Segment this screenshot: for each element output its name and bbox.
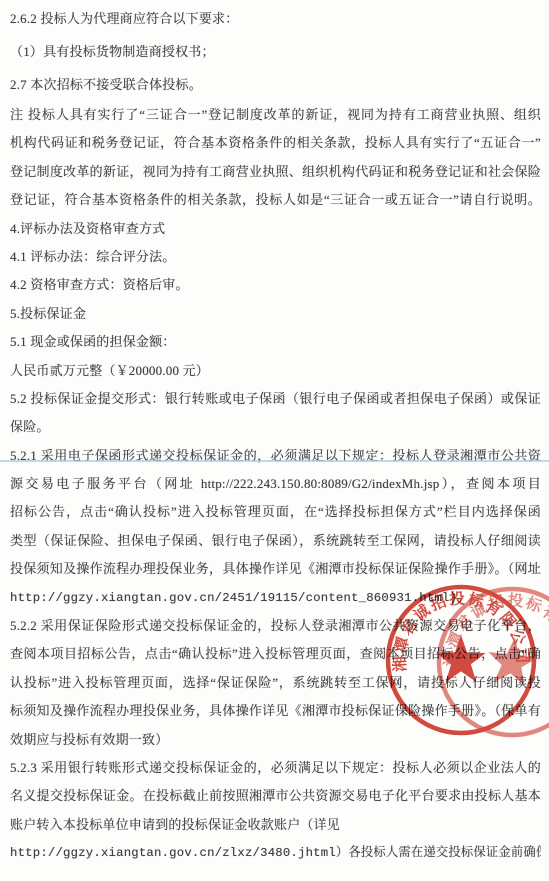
doc-line: 登记证，符合基本资格条件的相关条款，投标人如是“三证合一或五证合一”请自行说明。 (10, 186, 541, 214)
doc-line: 招标公告，点击“确认投标”进入投标管理页面，在“选择投标担保方式”栏目内选择保函 (10, 498, 541, 526)
doc-line: 查阅本项目招标公告，点击“确认投标”进入投标管理页面，查阅本项目招标公告，点击“… (10, 640, 541, 668)
doc-line: 2.7 本次招标不接受联合体投标。 (10, 68, 541, 101)
doc-line: 认投标”进入投标管理页面，选择“保证保险”，系统跳转至工保网，请投标人仔细阅读投 (10, 669, 541, 697)
doc-line: 2.6.2 投标人为代理商应符合以下要求： (10, 2, 541, 35)
doc-line: 5.2.1 采用电子保函形式递交投标保证金的，必须满足以下规定：投标人登录湘潭市… (10, 442, 541, 470)
doc-line: 5.1 现金或保函的担保金额： (10, 328, 541, 356)
document-viewport: { "page": { "background": "#fdfdfc", "te… (0, 0, 549, 881)
document-text-block: 2.6.2 投标人为代理商应符合以下要求：（1）具有投标货物制造商授权书；2.7… (10, 2, 541, 868)
doc-line: 5.2.3 采用银行转账形式递交投标保证金的，必须满足以下规定：投标人必须以企业… (10, 754, 541, 782)
url-line: http://ggzy.xiangtan.gov.cn/2451/19115/c… (10, 584, 541, 612)
doc-line: （1）具有投标货物制造商授权书； (10, 35, 541, 68)
doc-line: 人民币贰万元整（￥20000.00 元） (10, 357, 541, 385)
scanned-document-page: 2.6.2 投标人为代理商应符合以下要求：（1）具有投标货物制造商授权书；2.7… (0, 0, 549, 881)
doc-line: 5.2.2 采用保证保险形式递交投标保证金的，投标人登录湘潭市公共资源交易电子化… (10, 612, 541, 640)
doc-line: 登记制度改革的新证，视同为持有工商营业执照、组织机构代码证和税务登记证和社会保险 (10, 158, 541, 186)
doc-line: 4.1 评标办法：综合评分法。 (10, 243, 541, 271)
doc-line: 4.2 资格审查方式：资格后审。 (10, 271, 541, 299)
doc-line: 机构代码证和税务登记证，符合基本资格条件的相关条款，投标人具有实行了“五证合一” (10, 129, 541, 157)
doc-line: 5.2 投标保证金提交形式：银行转账或电子保函（银行电子保函或者担保电子保函）或… (10, 385, 541, 413)
doc-line: 5.投标保证金 (10, 300, 541, 328)
doc-line: 投保须知及操作流程办理投保业务，具体操作详见《湘潭市投标保证保险操作手册》。（网… (10, 555, 541, 583)
url-line: http://ggzy.xiangtan.gov.cn/zlxz/3480.jh… (10, 839, 541, 867)
scan-artifact-line (0, 460, 549, 462)
doc-line: 保险。 (10, 413, 541, 441)
doc-line: 源交易电子服务平台（网址 http://222.243.150.80:8089/… (10, 470, 541, 498)
doc-line: 注 投标人具有实行了“三证合一”登记制度改革的新证，视同为持有工商营业执照、组织 (10, 101, 541, 129)
doc-line: 账户转入本投标单位申请到的投标保证金收款账户（详见 (10, 811, 541, 839)
doc-line: 类型（保证保险、担保电子保函、银行电子保函），系统跳转至工保网，请投标人仔细阅读 (10, 527, 541, 555)
doc-line: 效期应与投标有效期一致） (10, 726, 541, 754)
doc-line: 4.评标办法及资格审查方式 (10, 215, 541, 243)
doc-line: 名义提交投标保证金。在投标截止前按照湘潭市公共资源交易电子化平台要求由投标人基本 (10, 782, 541, 810)
doc-line: 标须知及操作流程办理投保业务，具体操作详见《湘潭市投标保证保险操作手册》。（保单… (10, 697, 541, 725)
